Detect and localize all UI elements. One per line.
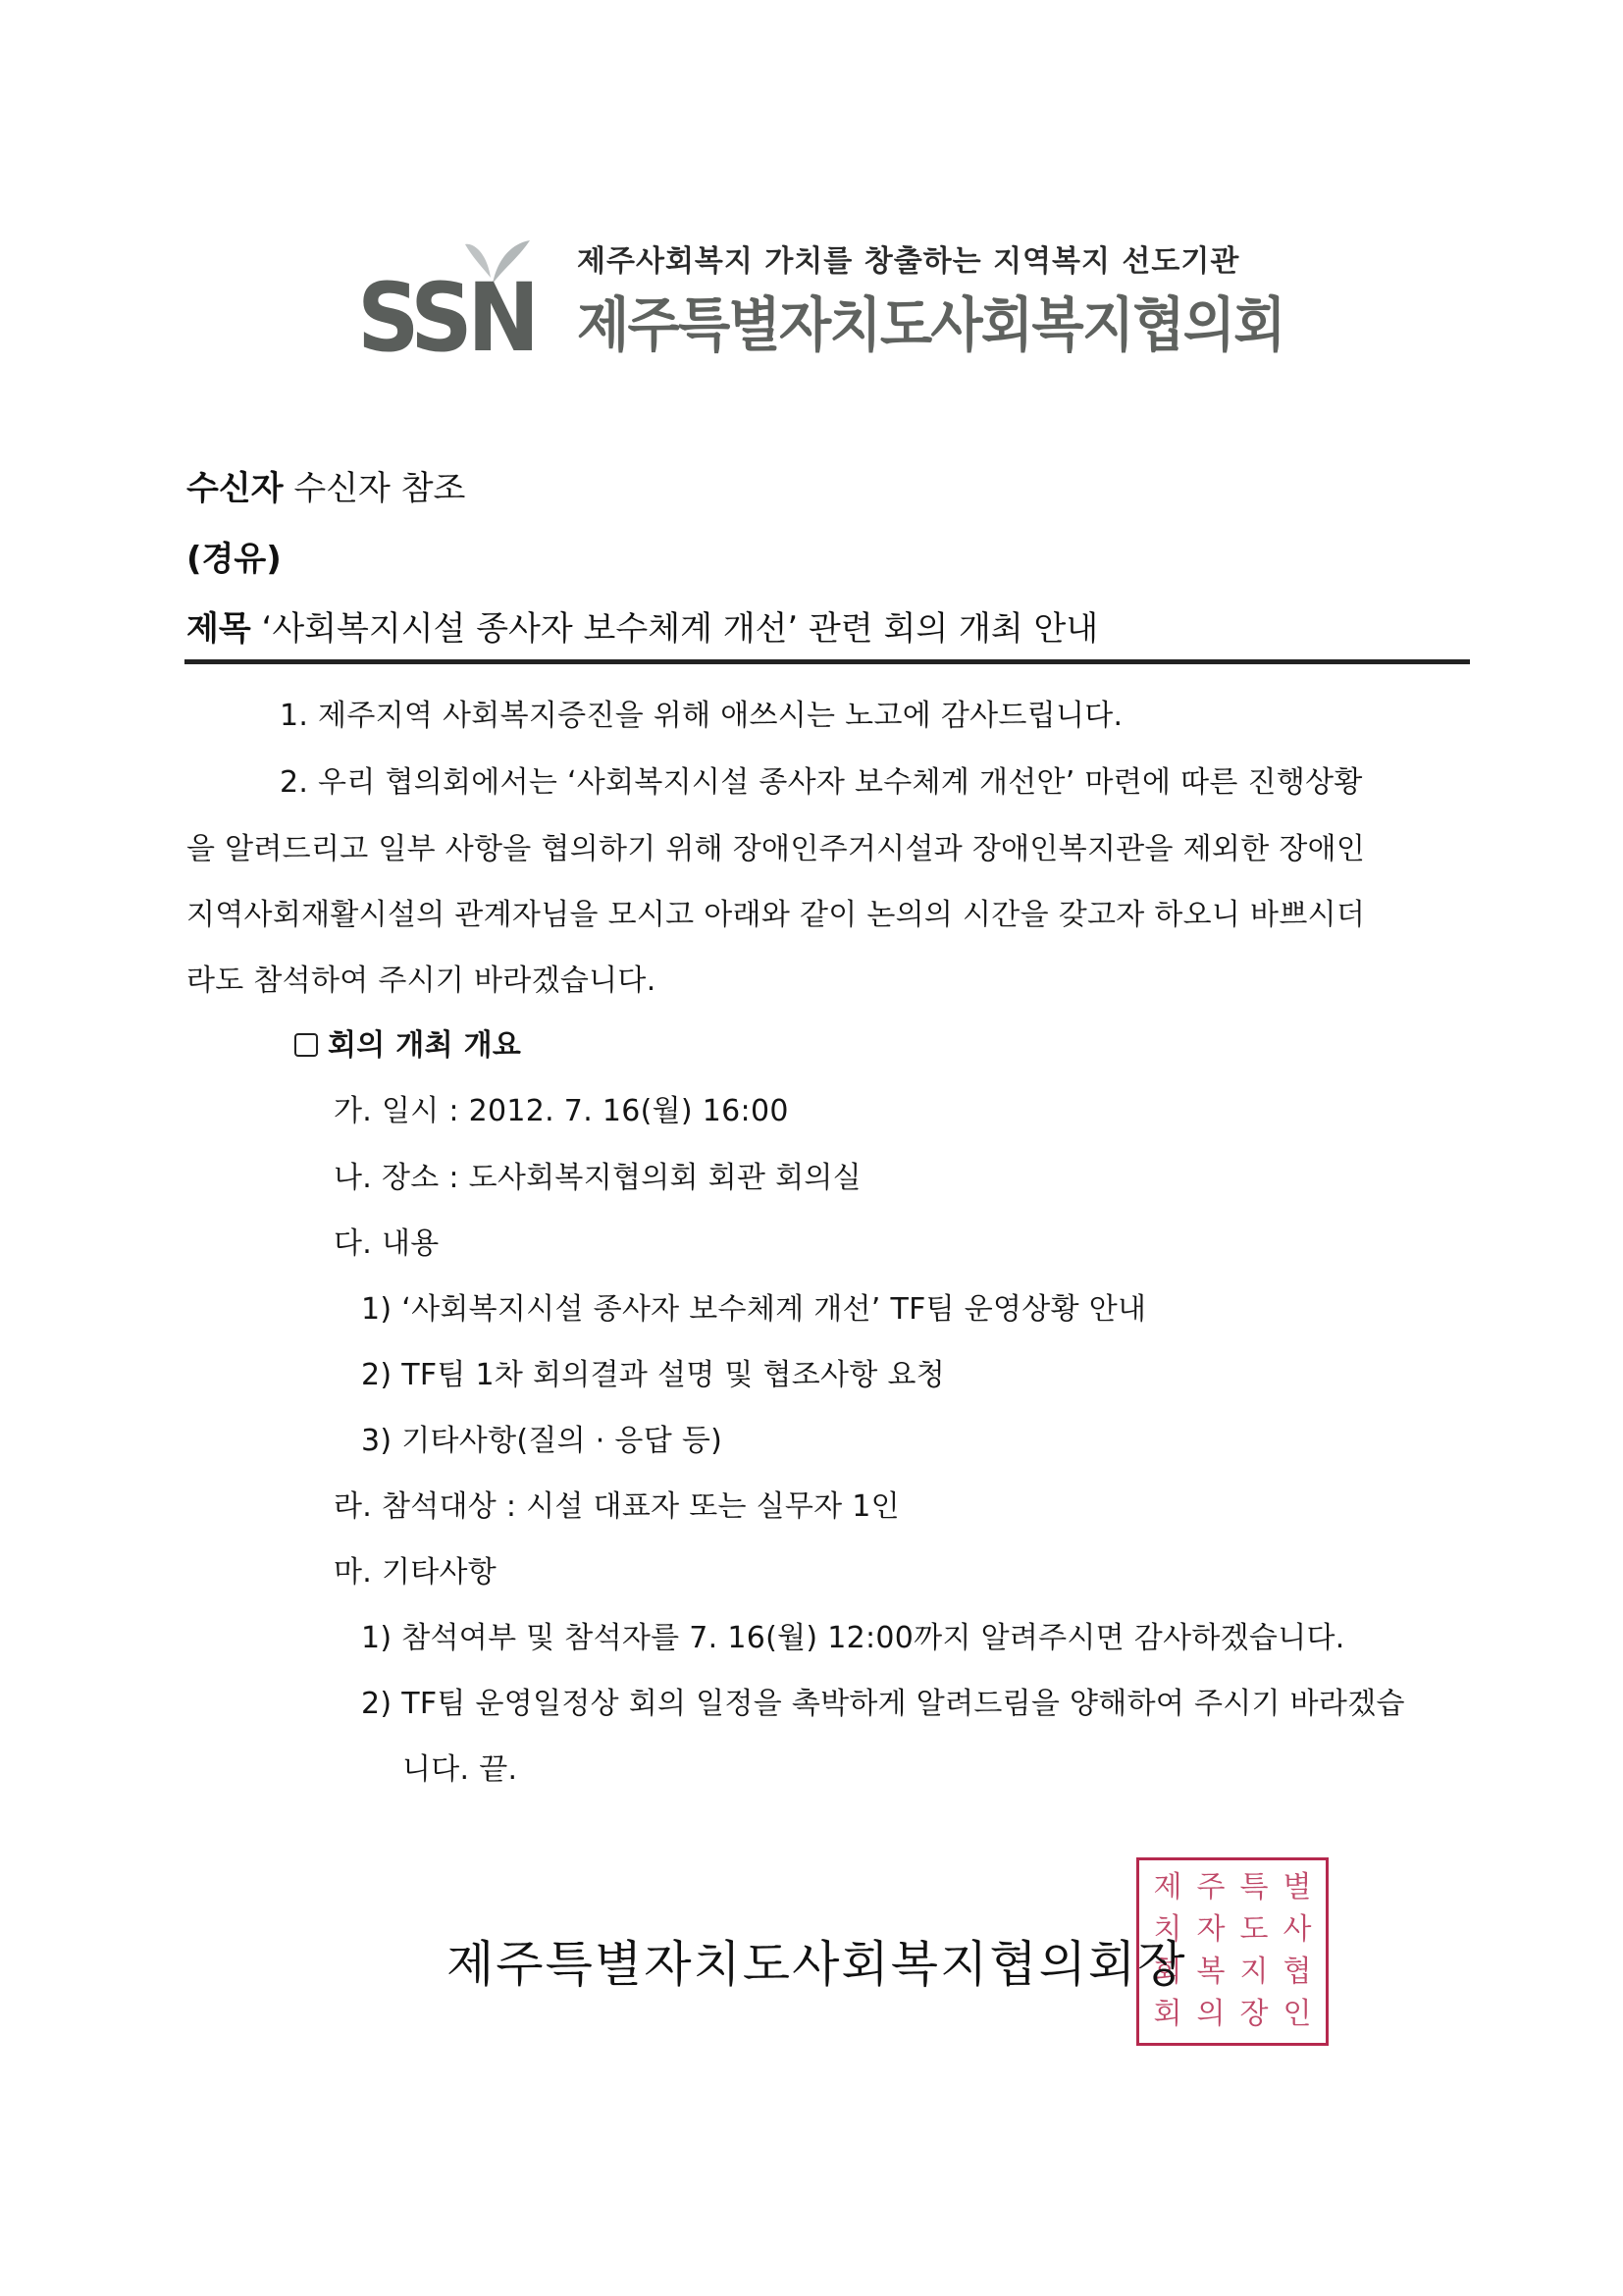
- ssn-logo: SSN: [357, 271, 535, 365]
- item-content-label: 다. 내용: [334, 1226, 440, 1262]
- item-attendees: 라. 참석대상 : 시설 대표자 또는 실무자 1인: [334, 1489, 900, 1525]
- seal-char: 회: [1147, 1995, 1188, 2035]
- paragraph-2-line-4: 라도 참석하여 주시기 바라겠습니다.: [186, 964, 656, 999]
- recipient-label: 수신자: [186, 469, 284, 508]
- subject-row: 제목 ‘사회복지시설 종사자 보수체계 개선’ 관련 회의 개최 안내: [186, 609, 1098, 649]
- seal-char: 의: [1190, 1995, 1231, 2035]
- item-place: 나. 장소 : 도사회복지협의회 회관 회의실: [334, 1161, 862, 1196]
- section-title: 회의 개최 개요: [328, 1028, 521, 1063]
- header-divider: [184, 659, 1470, 664]
- recipient-row: 수신자 수신자 참조: [186, 469, 465, 508]
- seal-char: 별: [1277, 1868, 1318, 1908]
- seal-char: 도: [1233, 1910, 1275, 1951]
- paragraph-2-line-1: 2. 우리 협의회에서는 ‘사회복지시설 종사자 보수체계 개선안’ 마련에 따…: [280, 765, 1363, 801]
- paragraph-2-line-3: 지역사회재활시설의 관계자님을 모시고 아래와 같이 논의의 시간을 갖고자 하…: [186, 898, 1365, 933]
- seal-char: 사: [1277, 1910, 1318, 1951]
- seal-char: 주: [1190, 1868, 1231, 1908]
- subject-label: 제목: [186, 609, 251, 649]
- seal-char: 지: [1233, 1953, 1275, 1993]
- seal-char: 복: [1190, 1953, 1231, 1993]
- paragraph-1: 1. 제주지역 사회복지증진을 위해 애쓰시는 노고에 감사드립니다.: [280, 699, 1123, 734]
- content-item-3: 3) 기타사항(질의 · 응답 등): [361, 1424, 722, 1459]
- other-item-2-continued: 니다. 끝.: [402, 1752, 517, 1788]
- seal-char: 협: [1277, 1953, 1318, 1993]
- section-heading: 회의 개최 개요: [294, 1028, 521, 1064]
- seal-char: 인: [1277, 1995, 1318, 2035]
- organization-slogan: 제주사회복지 가치를 창출하는 지역복지 선도기관: [577, 245, 1239, 279]
- content-item-2: 2) TF팀 1차 회의결과 설명 및 협조사항 요청: [361, 1358, 945, 1393]
- seal-char: 장: [1233, 1995, 1275, 2035]
- recipient-value: 수신자 참조: [293, 469, 465, 508]
- via-row: (경유): [186, 540, 282, 579]
- content-item-1: 1) ‘사회복지시설 종사자 보수체계 개선’ TF팀 운영상황 안내: [361, 1292, 1146, 1328]
- item-other-label: 마. 기타사항: [334, 1555, 497, 1591]
- square-bullet-icon: [294, 1033, 318, 1057]
- via-label: (경유): [186, 540, 282, 579]
- seal-char: 특: [1233, 1868, 1275, 1908]
- item-date: 가. 일시 : 2012. 7. 16(월) 16:00: [334, 1094, 789, 1129]
- organization-name: 제주특별자치도사회복지협의회: [577, 290, 1284, 361]
- subject-value: ‘사회복지시설 종사자 보수체계 개선’ 관련 회의 개최 안내: [262, 609, 1099, 649]
- other-item-1: 1) 참석여부 및 참석자를 7. 16(월) 12:00까지 알려주시면 감사…: [361, 1621, 1345, 1656]
- paragraph-2-line-2: 을 알려드리고 일부 사항을 협의하기 위해 장애인주거시설과 장애인복지관을 …: [186, 832, 1365, 867]
- seal-char: 제: [1147, 1868, 1188, 1908]
- other-item-2: 2) TF팀 운영일정상 회의 일정을 촉박하게 알려드림을 양해하여 주시기 …: [361, 1687, 1405, 1722]
- seal-char: 자: [1190, 1910, 1231, 1951]
- sender-signature: 제주특별자치도사회복지협의회장: [446, 1935, 1187, 1994]
